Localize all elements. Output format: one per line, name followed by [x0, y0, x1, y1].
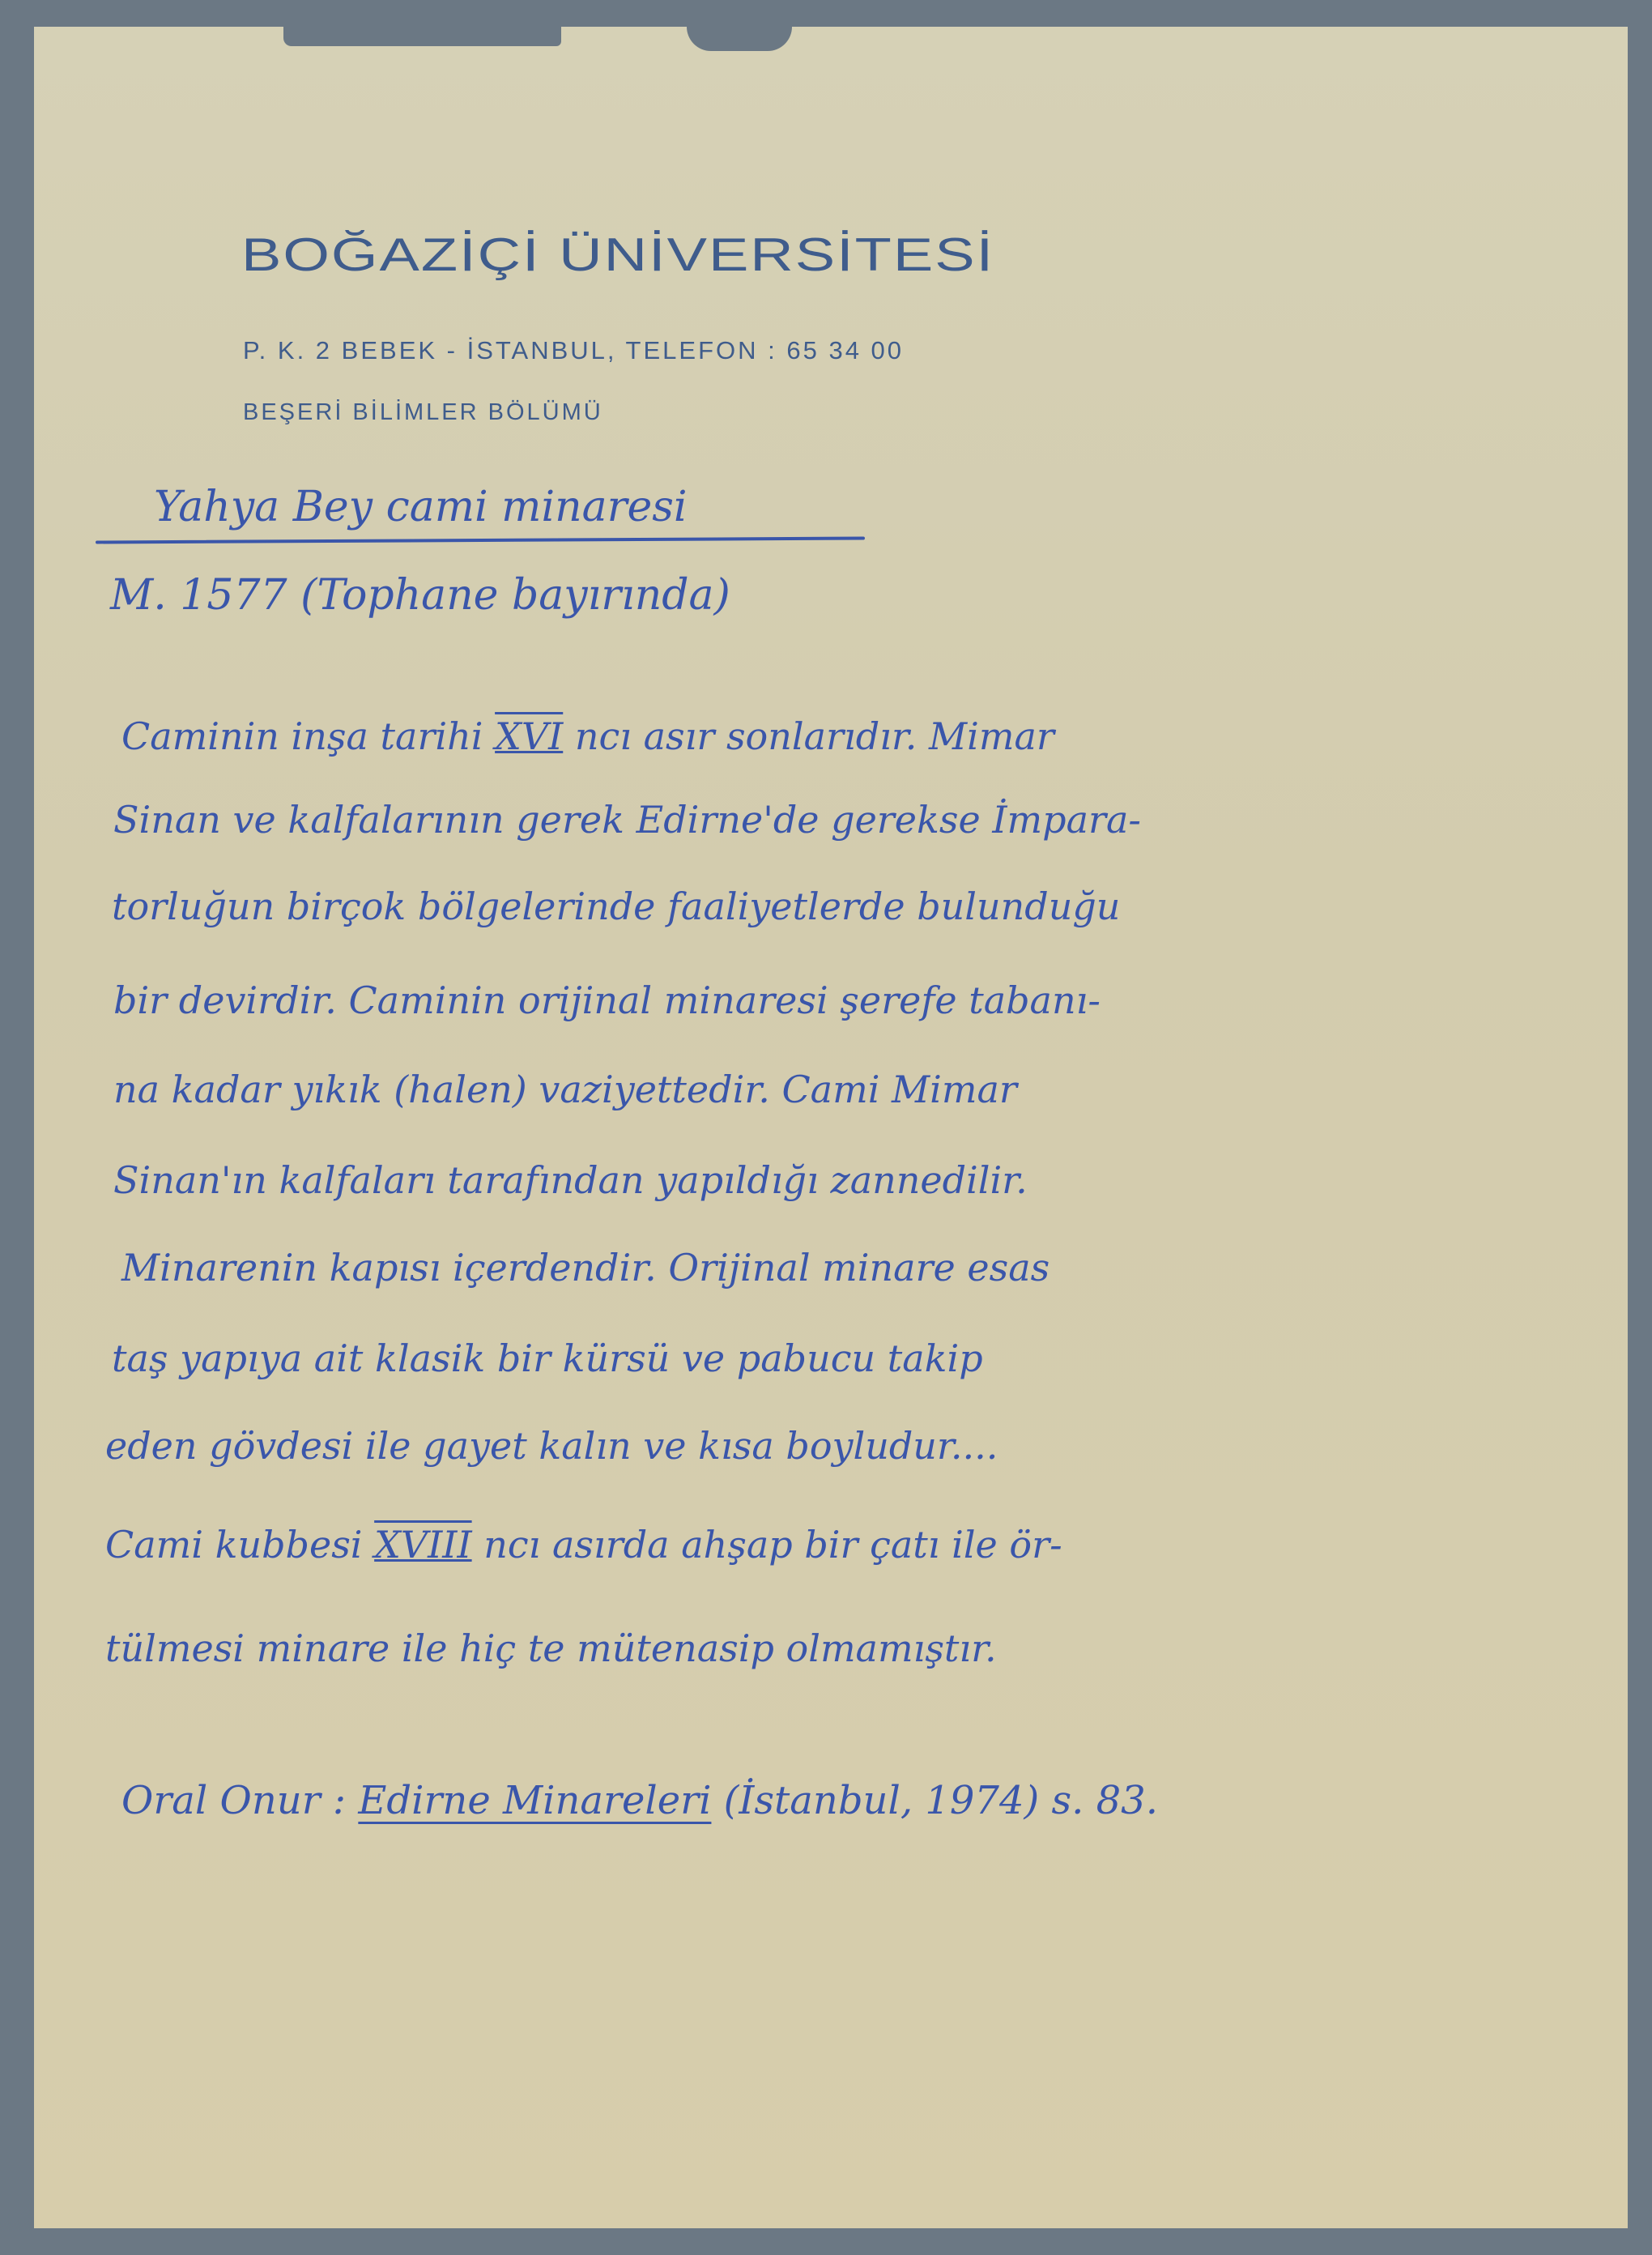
citation-author: Oral Onur : [121, 1778, 358, 1823]
letter-sheet: BOĞAZİÇİ ÜNİVERSİTESİ P. K. 2 BEBEK - İS… [34, 27, 1628, 2228]
century-numeral: XVI [495, 714, 563, 758]
paper-tear [283, 27, 561, 46]
letterhead: BOĞAZİÇİ ÜNİVERSİTESİ P. K. 2 BEBEK - İS… [241, 228, 994, 296]
century-numeral: XVIII [374, 1523, 471, 1567]
citation-work: Edirne Minareleri [358, 1778, 711, 1823]
citation-details: (İstanbul, 1974) s. 83. [711, 1778, 1158, 1823]
department-name: BEŞERİ BİLİMLER BÖLÜMÜ [243, 399, 603, 426]
institution-name: BOĞAZİÇİ ÜNİVERSİTESİ [241, 228, 994, 281]
body-line: tülmesi minare ile hiç te mütenasip olma… [105, 1626, 997, 1670]
citation: Oral Onur : Edirne Minareleri (İstanbul,… [121, 1778, 1158, 1823]
body-line: na kadar yıkık (halen) vaziyettedir. Cam… [113, 1068, 1017, 1111]
body-line: torluğun birçok bölgelerinde faaliyetler… [112, 885, 1120, 928]
note-title: Yahya Bey cami minaresi [154, 483, 688, 531]
body-line: Cami kubbesi XVIII ncı asırda ahşap bir … [105, 1523, 1062, 1567]
body-line: Minarenin kapısı içerdendir. Orijinal mi… [121, 1246, 1050, 1289]
body-line: Sinan ve kalfalarının gerek Edirne'de ge… [113, 798, 1141, 842]
body-line: bir devirdir. Caminin orijinal minaresi … [113, 978, 1101, 1022]
paper-tear [687, 27, 792, 51]
body-line: eden gövdesi ile gayet kalın ve kısa boy… [105, 1424, 998, 1468]
body-line: Sinan'ın kalfaları tarafından yapıldığı … [113, 1158, 1028, 1202]
note-subtitle: M. 1577 (Tophane bayırında) [110, 571, 730, 620]
body-line: Caminin inşa tarihi XVI ncı asır sonları… [121, 714, 1054, 758]
body-line: taş yapıya ait klasik bir kürsü ve pabuc… [112, 1336, 983, 1380]
institution-address: P. K. 2 BEBEK - İSTANBUL, TELEFON : 65 3… [243, 336, 904, 365]
